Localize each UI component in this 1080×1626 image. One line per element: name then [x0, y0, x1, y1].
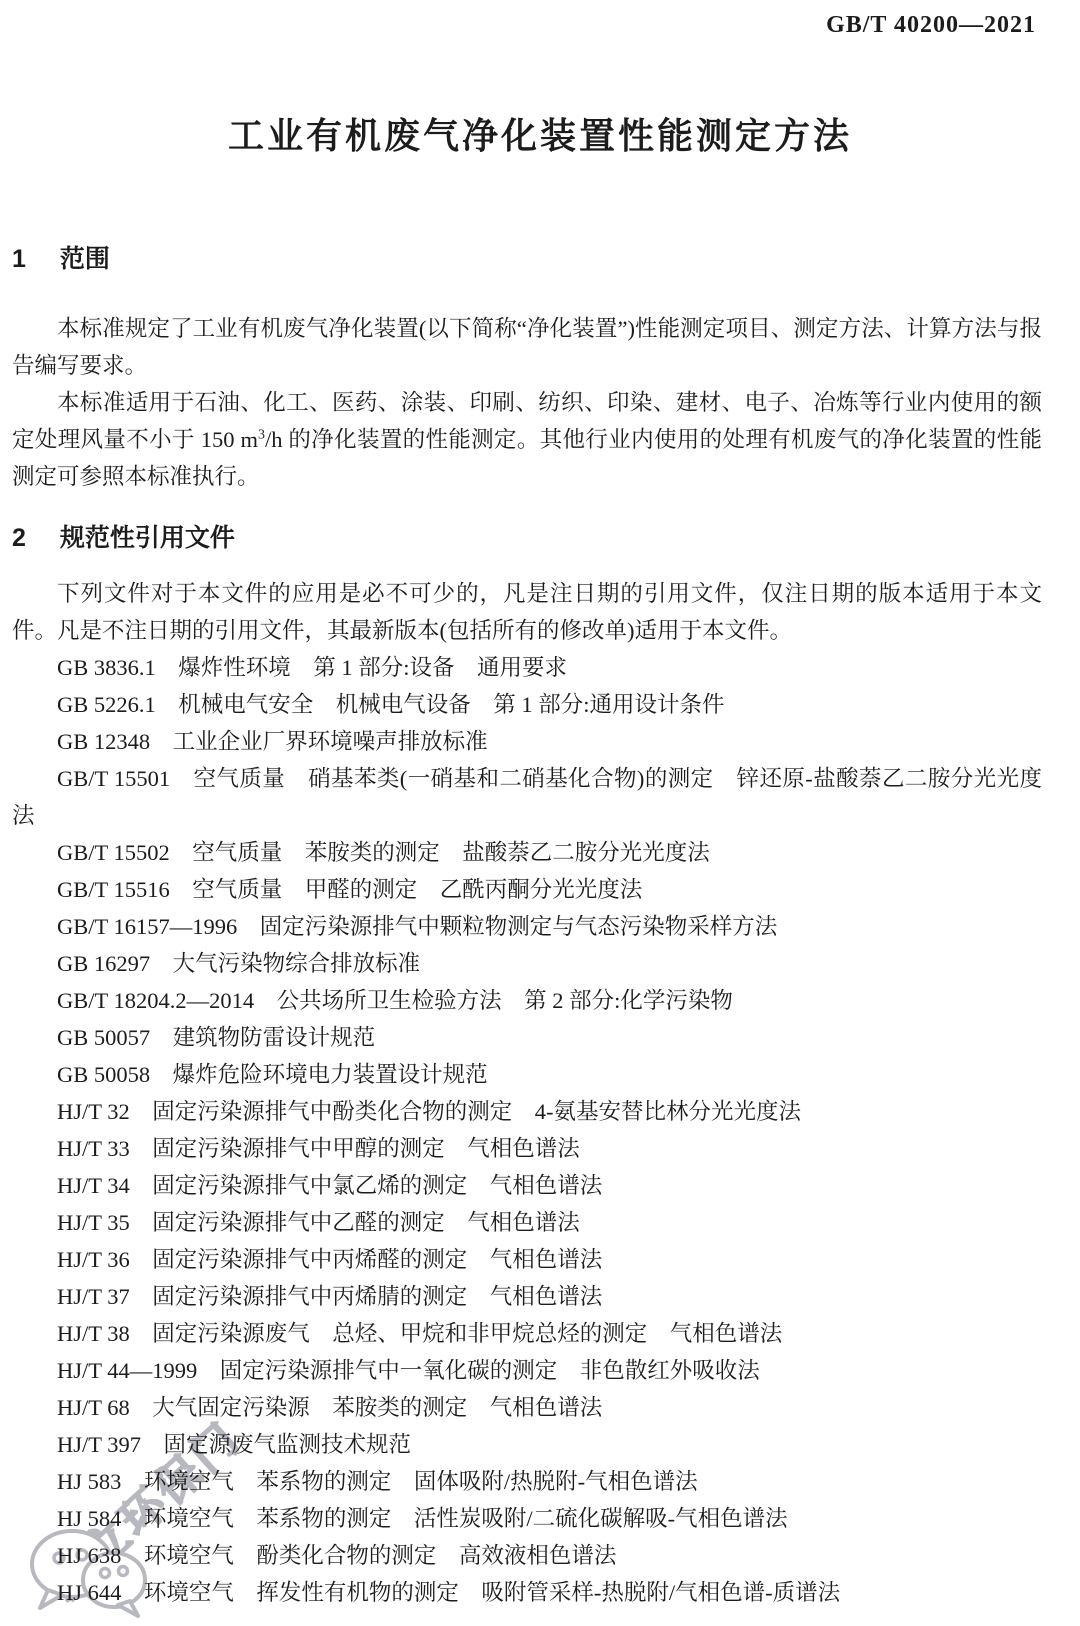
reference-item: HJ/T 44—1999 固定污染源排气中一氧化碳的测定 非色散红外吸收法: [0, 1352, 1080, 1389]
reference-item: GB/T 18204.2—2014 公共场所卫生检验方法 第 2 部分:化学污染…: [0, 982, 1080, 1019]
reference-item: HJ/T 33 固定污染源排气中甲醇的测定 气相色谱法: [0, 1130, 1080, 1167]
reference-item: HJ/T 32 固定污染源排气中酚类化合物的测定 4-氨基安替比林分光光度法: [0, 1093, 1080, 1130]
reference-item: HJ/T 34 固定污染源排气中氯乙烯的测定 气相色谱法: [0, 1167, 1080, 1204]
section-2-number: 2: [12, 521, 26, 555]
cubic-meter-superscript: 3: [258, 428, 265, 443]
reference-item: HJ/T 35 固定污染源排气中乙醛的测定 气相色谱法: [0, 1204, 1080, 1241]
reference-item: HJ/T 68 大气固定污染源 苯胺类的测定 气相色谱法: [0, 1389, 1080, 1426]
reference-item: HJ 584 环境空气 苯系物的测定 活性炭吸附/二硫化碳解吸-气相色谱法: [0, 1500, 1080, 1537]
reference-item: HJ 583 环境空气 苯系物的测定 固体吸附/热脱附-气相色谱法: [0, 1463, 1080, 1500]
reference-item: HJ/T 397 固定源废气监测技术规范: [0, 1426, 1080, 1463]
reference-item: HJ/T 36 固定污染源排气中丙烯醛的测定 气相色谱法: [0, 1241, 1080, 1278]
reference-item: HJ/T 38 固定污染源废气 总烃、甲烷和非甲烷总烃的测定 气相色谱法: [0, 1315, 1080, 1352]
reference-item: HJ 644 环境空气 挥发性有机物的测定 吸附管采样-热脱附/气相色谱-质谱法: [0, 1574, 1080, 1611]
reference-item: HJ 638 环境空气 酚类化合物的测定 高效液相色谱法: [0, 1537, 1080, 1574]
reference-item: GB 3836.1 爆炸性环境 第 1 部分:设备 通用要求: [0, 649, 1080, 686]
reference-item: HJ/T 37 固定污染源排气中丙烯腈的测定 气相色谱法: [0, 1278, 1080, 1315]
section-2-title: 规范性引用文件: [60, 524, 235, 552]
reference-item: GB/T 16157—1996 固定污染源排气中颗粒物测定与气态污染物采样方法: [0, 908, 1080, 945]
reference-item: GB 16297 大气污染物综合排放标准: [0, 945, 1080, 982]
reference-list: GB 3836.1 爆炸性环境 第 1 部分:设备 通用要求GB 5226.1 …: [0, 649, 1080, 1611]
document-title: 工业有机废气净化装置性能测定方法: [0, 110, 1080, 162]
section-1-heading: 1范围: [12, 242, 1080, 276]
section-1-number: 1: [12, 242, 26, 276]
reference-item: GB 50058 爆炸危险环境电力装置设计规范: [0, 1056, 1080, 1093]
section-1-title: 范围: [60, 245, 110, 273]
scope-paragraph-2: 本标准适用于石油、化工、医药、涂装、印刷、纺织、印染、建材、电子、冶炼等行业内使…: [0, 384, 1080, 495]
reference-item: GB/T 15501 空气质量 硝基苯类(一硝基和二硝基化合物)的测定 锌还原-…: [0, 760, 1080, 834]
standard-number: GB/T 40200—2021: [0, 0, 1080, 40]
references-intro: 下列文件对于本文件的应用是必不可少的，凡是注日期的引用文件，仅注日期的版本适用于…: [0, 575, 1080, 649]
document-page: GB/T 40200—2021 工业有机废气净化装置性能测定方法 1范围 本标准…: [0, 0, 1080, 1626]
reference-item: GB/T 15516 空气质量 甲醛的测定 乙酰丙酮分光光度法: [0, 871, 1080, 908]
section-2-heading: 2规范性引用文件: [12, 521, 1080, 555]
reference-item: GB 12348 工业企业厂界环境噪声排放标准: [0, 723, 1080, 760]
reference-item: GB 50057 建筑物防雷设计规范: [0, 1019, 1080, 1056]
reference-item: GB 5226.1 机械电气安全 机械电气设备 第 1 部分:通用设计条件: [0, 686, 1080, 723]
scope-paragraph-1: 本标准规定了工业有机废气净化装置(以下简称“净化装置”)性能测定项目、测定方法、…: [0, 310, 1080, 384]
reference-item: GB/T 15502 空气质量 苯胺类的测定 盐酸萘乙二胺分光光度法: [0, 834, 1080, 871]
